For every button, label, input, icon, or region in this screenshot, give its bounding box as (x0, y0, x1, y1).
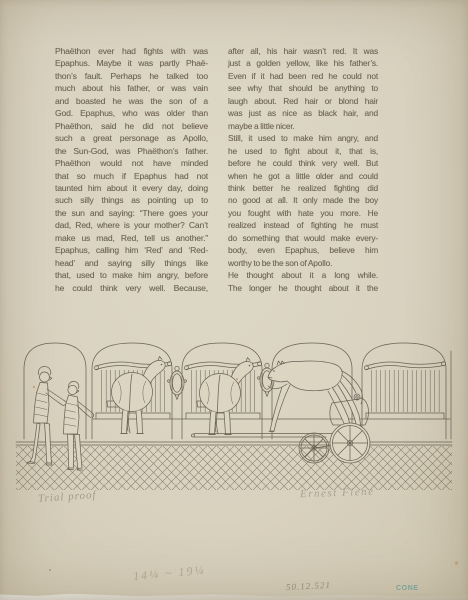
paper-speck (49, 569, 51, 571)
text-line: that so much if Epaphus had not (55, 170, 208, 182)
text-line: Phaëthon would not have minded (55, 157, 208, 169)
text-line: Epaphus. Maybe it was partly Phaë- (55, 57, 208, 69)
text-column-left: Phaëthon ever had fights with wasEpaphus… (55, 45, 208, 294)
collection-stamp: CONE (396, 585, 419, 592)
text-line: before he could think very well. But (228, 157, 378, 169)
text-line: think better he realized fighting did (228, 182, 378, 194)
text-line: dad, Red, where is your mother? Can’t (55, 219, 208, 231)
text-block: Phaëthon ever had fights with wasEpaphus… (55, 45, 378, 294)
text-line: see why that should be anything to (228, 82, 378, 94)
hanging-oval-1 (168, 366, 187, 399)
text-line: Epaphus, calling him ‘Red’ and ‘Red- (55, 244, 208, 256)
text-line: that, used to make him angry, before (55, 269, 208, 281)
text-line: no good at all. It only made the boy (228, 194, 378, 206)
walkway-edge (92, 413, 450, 419)
text-line: just a golden yellow, like his father’s. (228, 57, 378, 69)
text-line: make us mad, Red, tell us another.” (55, 232, 208, 244)
book-page: Phaëthon ever had fights with wasEpaphus… (0, 0, 468, 600)
text-line: laugh about. Red hair or blond hair (228, 95, 378, 107)
text-line: do something that would make every- (228, 232, 378, 244)
paper-speck (455, 561, 458, 565)
text-line: after all, his hair wasn’t red. It was (228, 45, 378, 57)
text-line: maybe a little nicer. (228, 120, 378, 132)
paper-bottom-edge (0, 592, 468, 600)
text-line: head’ and saying silly things like (55, 257, 208, 269)
text-line: was just as nice as black hair, and (228, 107, 378, 119)
text-line: he used to fight about it, that is, (228, 145, 378, 157)
text-line: much about his father, or was vain (55, 82, 208, 94)
text-line: God. Epaphus, who was older than (55, 107, 208, 119)
text-line: Even if it had been red he could not (228, 70, 378, 82)
accession-number: 50.12.521 (286, 580, 331, 592)
text-line: The longer he thought about it the (228, 282, 378, 294)
text-line: when he got a little older and could (228, 170, 378, 182)
text-line: worthy to be the son of Apollo. (228, 257, 378, 269)
text-line: He thought about it a long while. (228, 269, 378, 281)
text-line: Phaëthon, said he did not believe (55, 120, 208, 132)
text-line: the Sun-God, was Phaëthon’s father. (55, 145, 208, 157)
text-line: and boasted he was the son of a (55, 95, 208, 107)
text-line: body, even Epaphus, believe him (228, 244, 378, 256)
text-line: Phaëthon ever had fights with was (55, 45, 208, 57)
text-line: such a great personage as Apollo, (55, 132, 208, 144)
text-line: you fought with hate you more. He (228, 207, 378, 219)
text-line: realized instead of fighting he must (228, 219, 378, 231)
stall-gate-3 (365, 362, 446, 413)
text-line: Still, it used to make him angry, and (228, 132, 378, 144)
text-line: he could think very well. Because, (55, 282, 208, 294)
text-column-right: after all, his hair wasn’t red. It wasju… (228, 45, 378, 294)
dimensions-note: 14¼ ~ 19¼ (132, 563, 206, 584)
text-line: the sun and saying: “There goes your (55, 207, 208, 219)
leaping-horse (268, 361, 363, 432)
artist-signature: Ernest Fiene (300, 486, 375, 501)
text-line: such silly things as pointing up to (55, 194, 208, 206)
text-line: taunted him about it every day, doing (55, 182, 208, 194)
stable-illustration (14, 333, 454, 493)
trial-proof-note: Trial proof (38, 489, 97, 505)
text-line: thon’s fault. Perhaps he talked too (55, 70, 208, 82)
